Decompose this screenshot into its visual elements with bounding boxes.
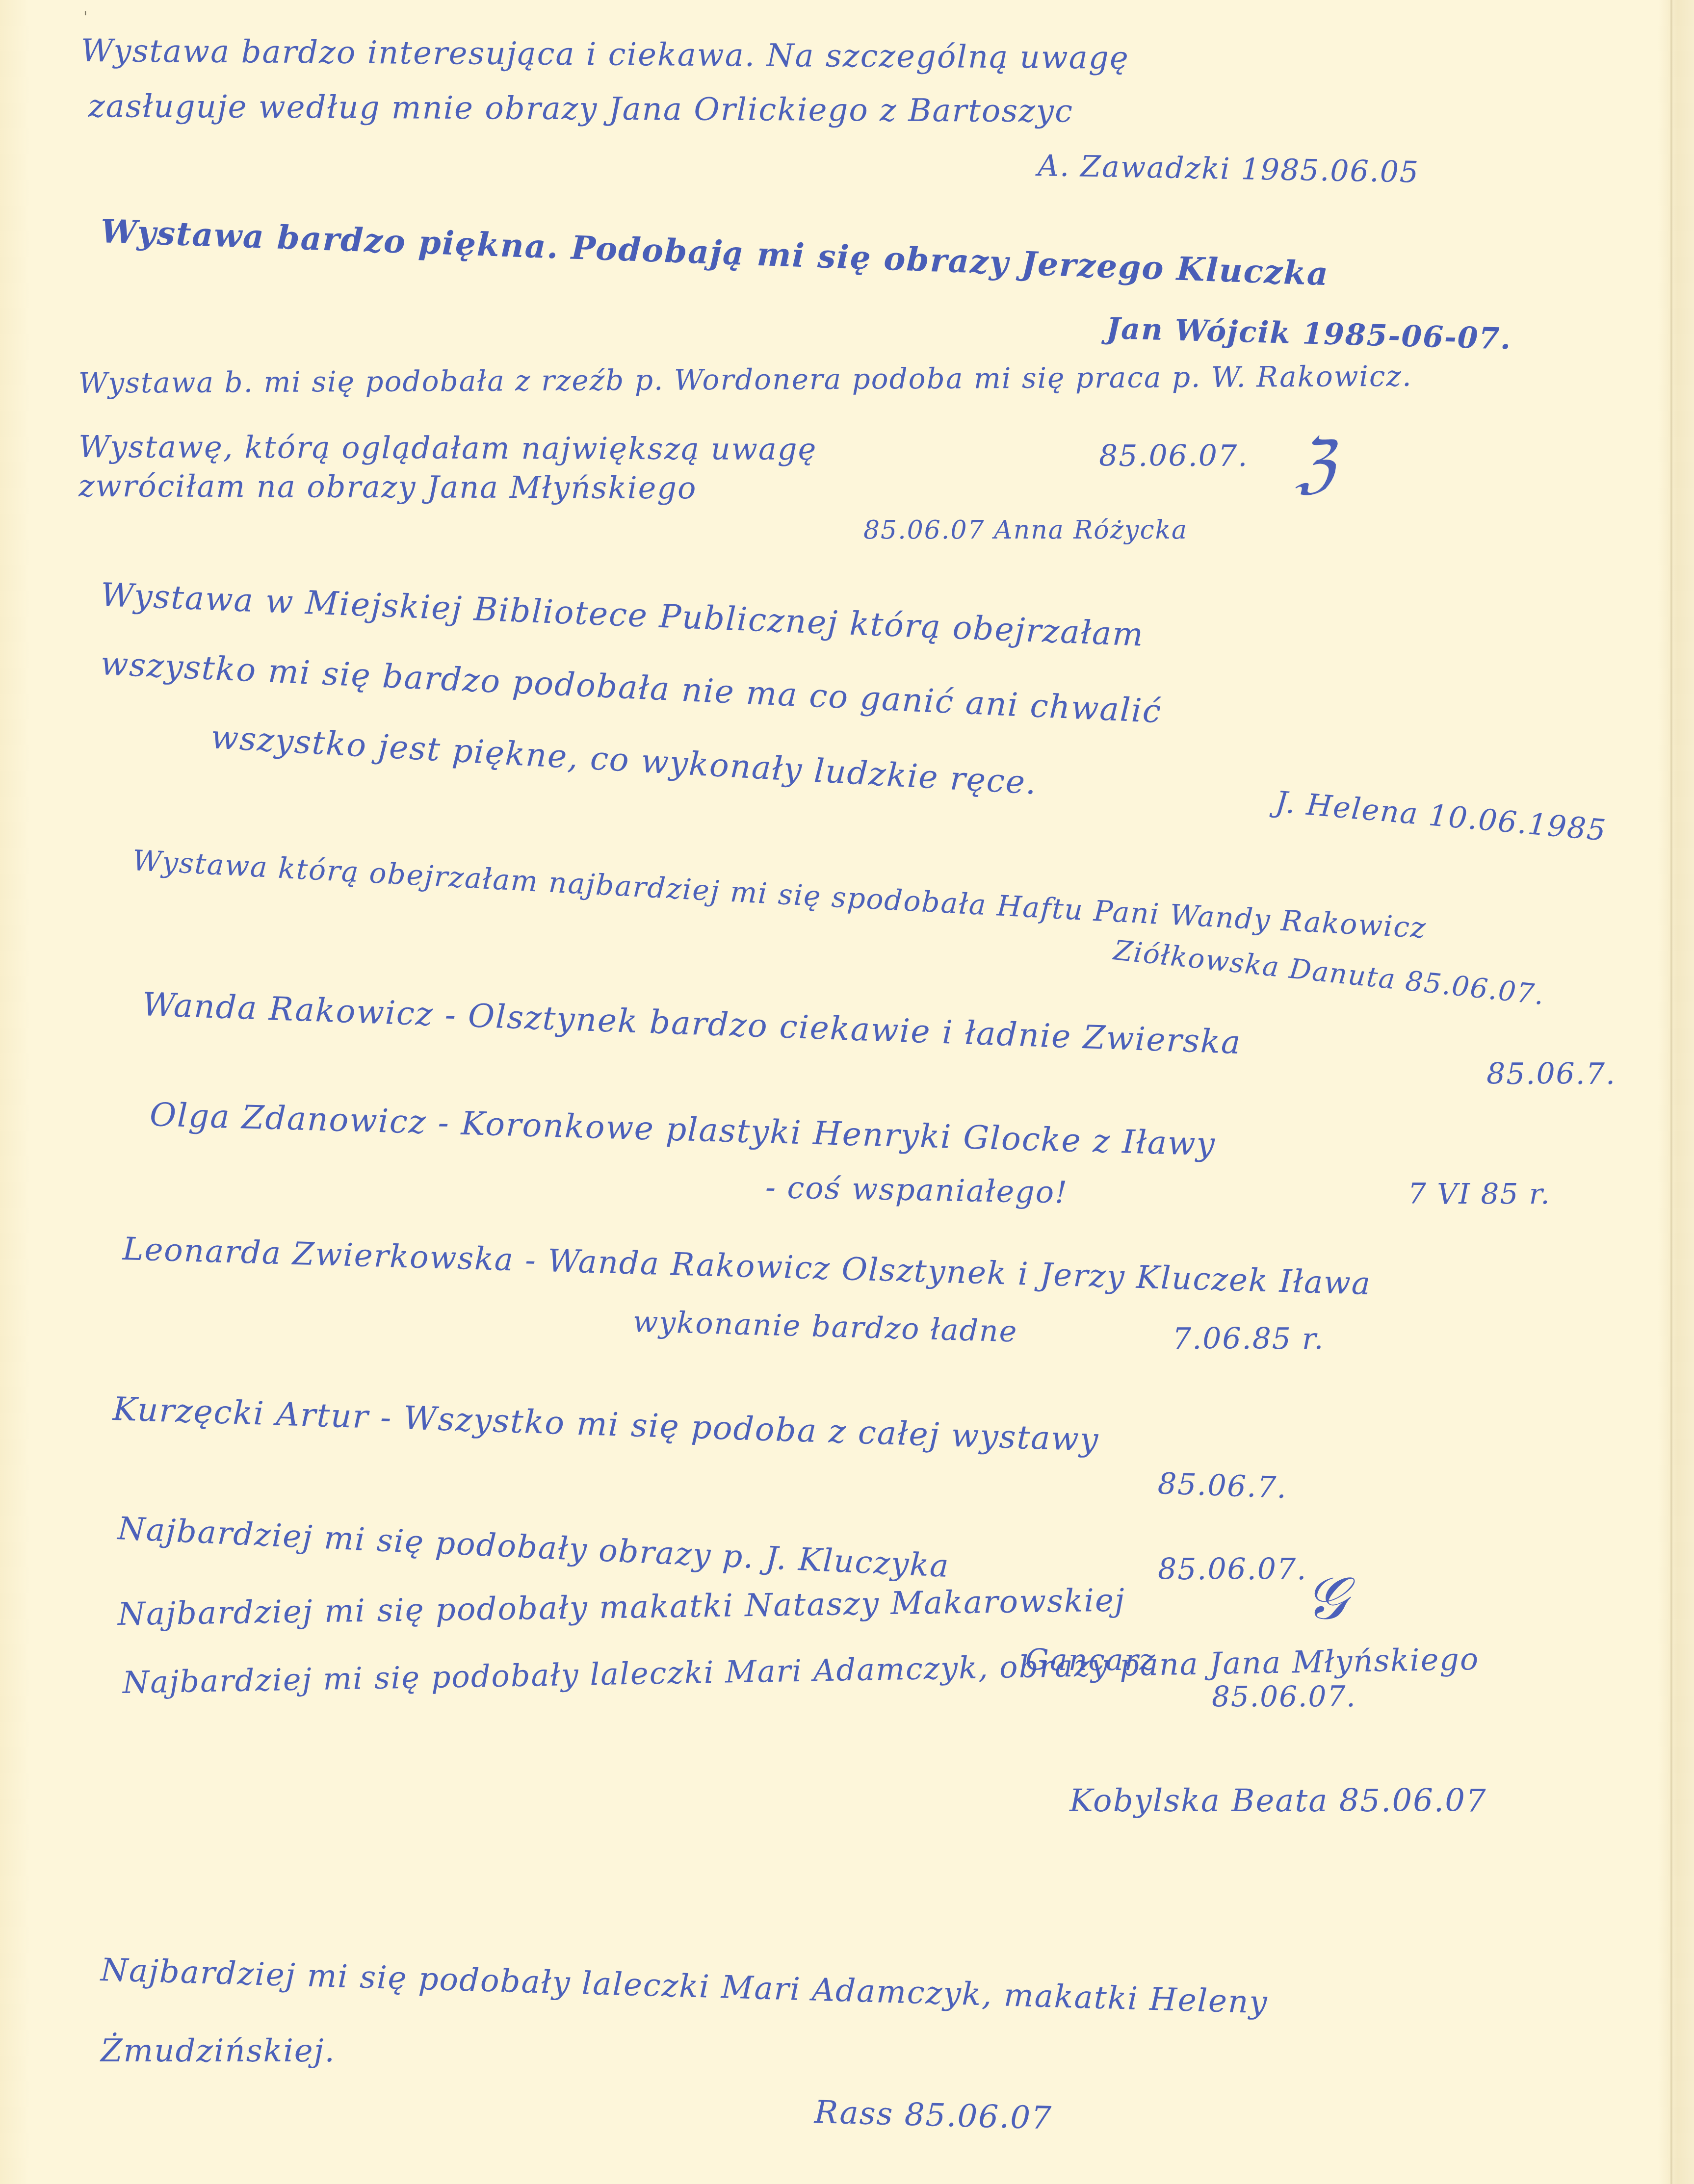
entry-8-line-1: Olga Zdanowicz - Koronkowe plastyki Henr… [149, 1099, 1216, 1161]
entry-7-line-1: Wanda Rakowicz - Olsztynek bardzo ciekaw… [142, 988, 1242, 1059]
entry-12-paraph: 𝒢 [1305, 1569, 1348, 1628]
entry-10-date: 85.06.7. [1157, 1469, 1288, 1503]
entry-11-date: 85.06.07. [1158, 1555, 1307, 1584]
entry-10-line-1: Kurzęcki Artur - Wszystko mi się podoba … [112, 1393, 1099, 1456]
entry-14-signature: Rass 85.06.07 [814, 2097, 1052, 2134]
entry-4-signature: 85.06.07 Anna Różycka [863, 517, 1188, 543]
entry-14-line-2: Żmudzińskiej. [101, 2035, 336, 2067]
entry-9-line-1: Leonarda Zwierkowska - Wanda Rakowicz Ol… [122, 1233, 1372, 1300]
entry-8-date: 7 VI 85 r. [1408, 1180, 1551, 1208]
entry-3-line-1: Wystawa b. mi się podobała z rzeźb p. Wo… [78, 362, 1412, 397]
entry-13-extra: Gancarz [1025, 1645, 1156, 1675]
entry-5-line-3: wszystko jest piękne, co wykonały ludzki… [210, 721, 1038, 799]
entry-1-signature: A. Zawadzki 1985.06.05 [1037, 151, 1419, 187]
entry-1-line-2: zasługuje według mnie obrazy Jana Orlick… [88, 91, 1073, 128]
entry-6-signature: Ziółkowska Danuta 85.06.07. [1112, 937, 1546, 1009]
entry-1-line-1: Wystawa bardzo interesująca i ciekawa. N… [81, 35, 1129, 74]
page-speck: ' [83, 9, 87, 26]
entry-14-line-1: Najbardziej mi się podobały laleczki Mar… [100, 1954, 1268, 2018]
entry-5-signature: J. Helena 10.06.1985 [1274, 787, 1608, 846]
entry-5-line-2: wszystko mi się bardzo podobała nie ma c… [100, 647, 1163, 728]
entry-8-line-2: - coś wspaniałego! [765, 1172, 1068, 1208]
entry-4-paraph: ℨ [1295, 432, 1335, 495]
entry-13-date: 85.06.07. [1212, 1682, 1356, 1711]
entry-12-line-1: Najbardziej mi się podobały makatki Nata… [118, 1585, 1126, 1630]
page-fold-edge [1670, 0, 1672, 2184]
entry-11-line-1: Najbardziej mi się podobały obrazy p. J.… [117, 1513, 950, 1582]
entry-6-line-1: Wystawa którą obejrzałam najbardziej mi … [131, 846, 1427, 942]
entry-13-signature: Kobylska Beata 85.06.07 [1069, 1785, 1487, 1817]
guestbook-page: ' Wystawa bardzo interesująca i ciekawa.… [0, 0, 1694, 2184]
entry-4-line-2: zwróciłam na obrazy Jana Młyńskiego [78, 471, 697, 503]
entry-5-line-1: Wystawa w Miejskiej Bibliotece Publiczne… [100, 579, 1145, 651]
entry-4-line-1: Wystawę, którą oglądałam największą uwag… [78, 432, 817, 464]
entry-2-signature: Jan Wójcik 1985-06-07. [1106, 314, 1512, 354]
entry-4-date: 85.06.07. [1099, 441, 1248, 471]
entry-2-line-1: Wystawa bardzo piękna. Podobają mi się o… [100, 215, 1329, 290]
entry-9-date: 7.06.85 r. [1173, 1324, 1324, 1354]
entry-9-line-2: wykonanie bardzo ładne [632, 1307, 1018, 1347]
entry-7-date: 85.06.7. [1486, 1059, 1616, 1089]
